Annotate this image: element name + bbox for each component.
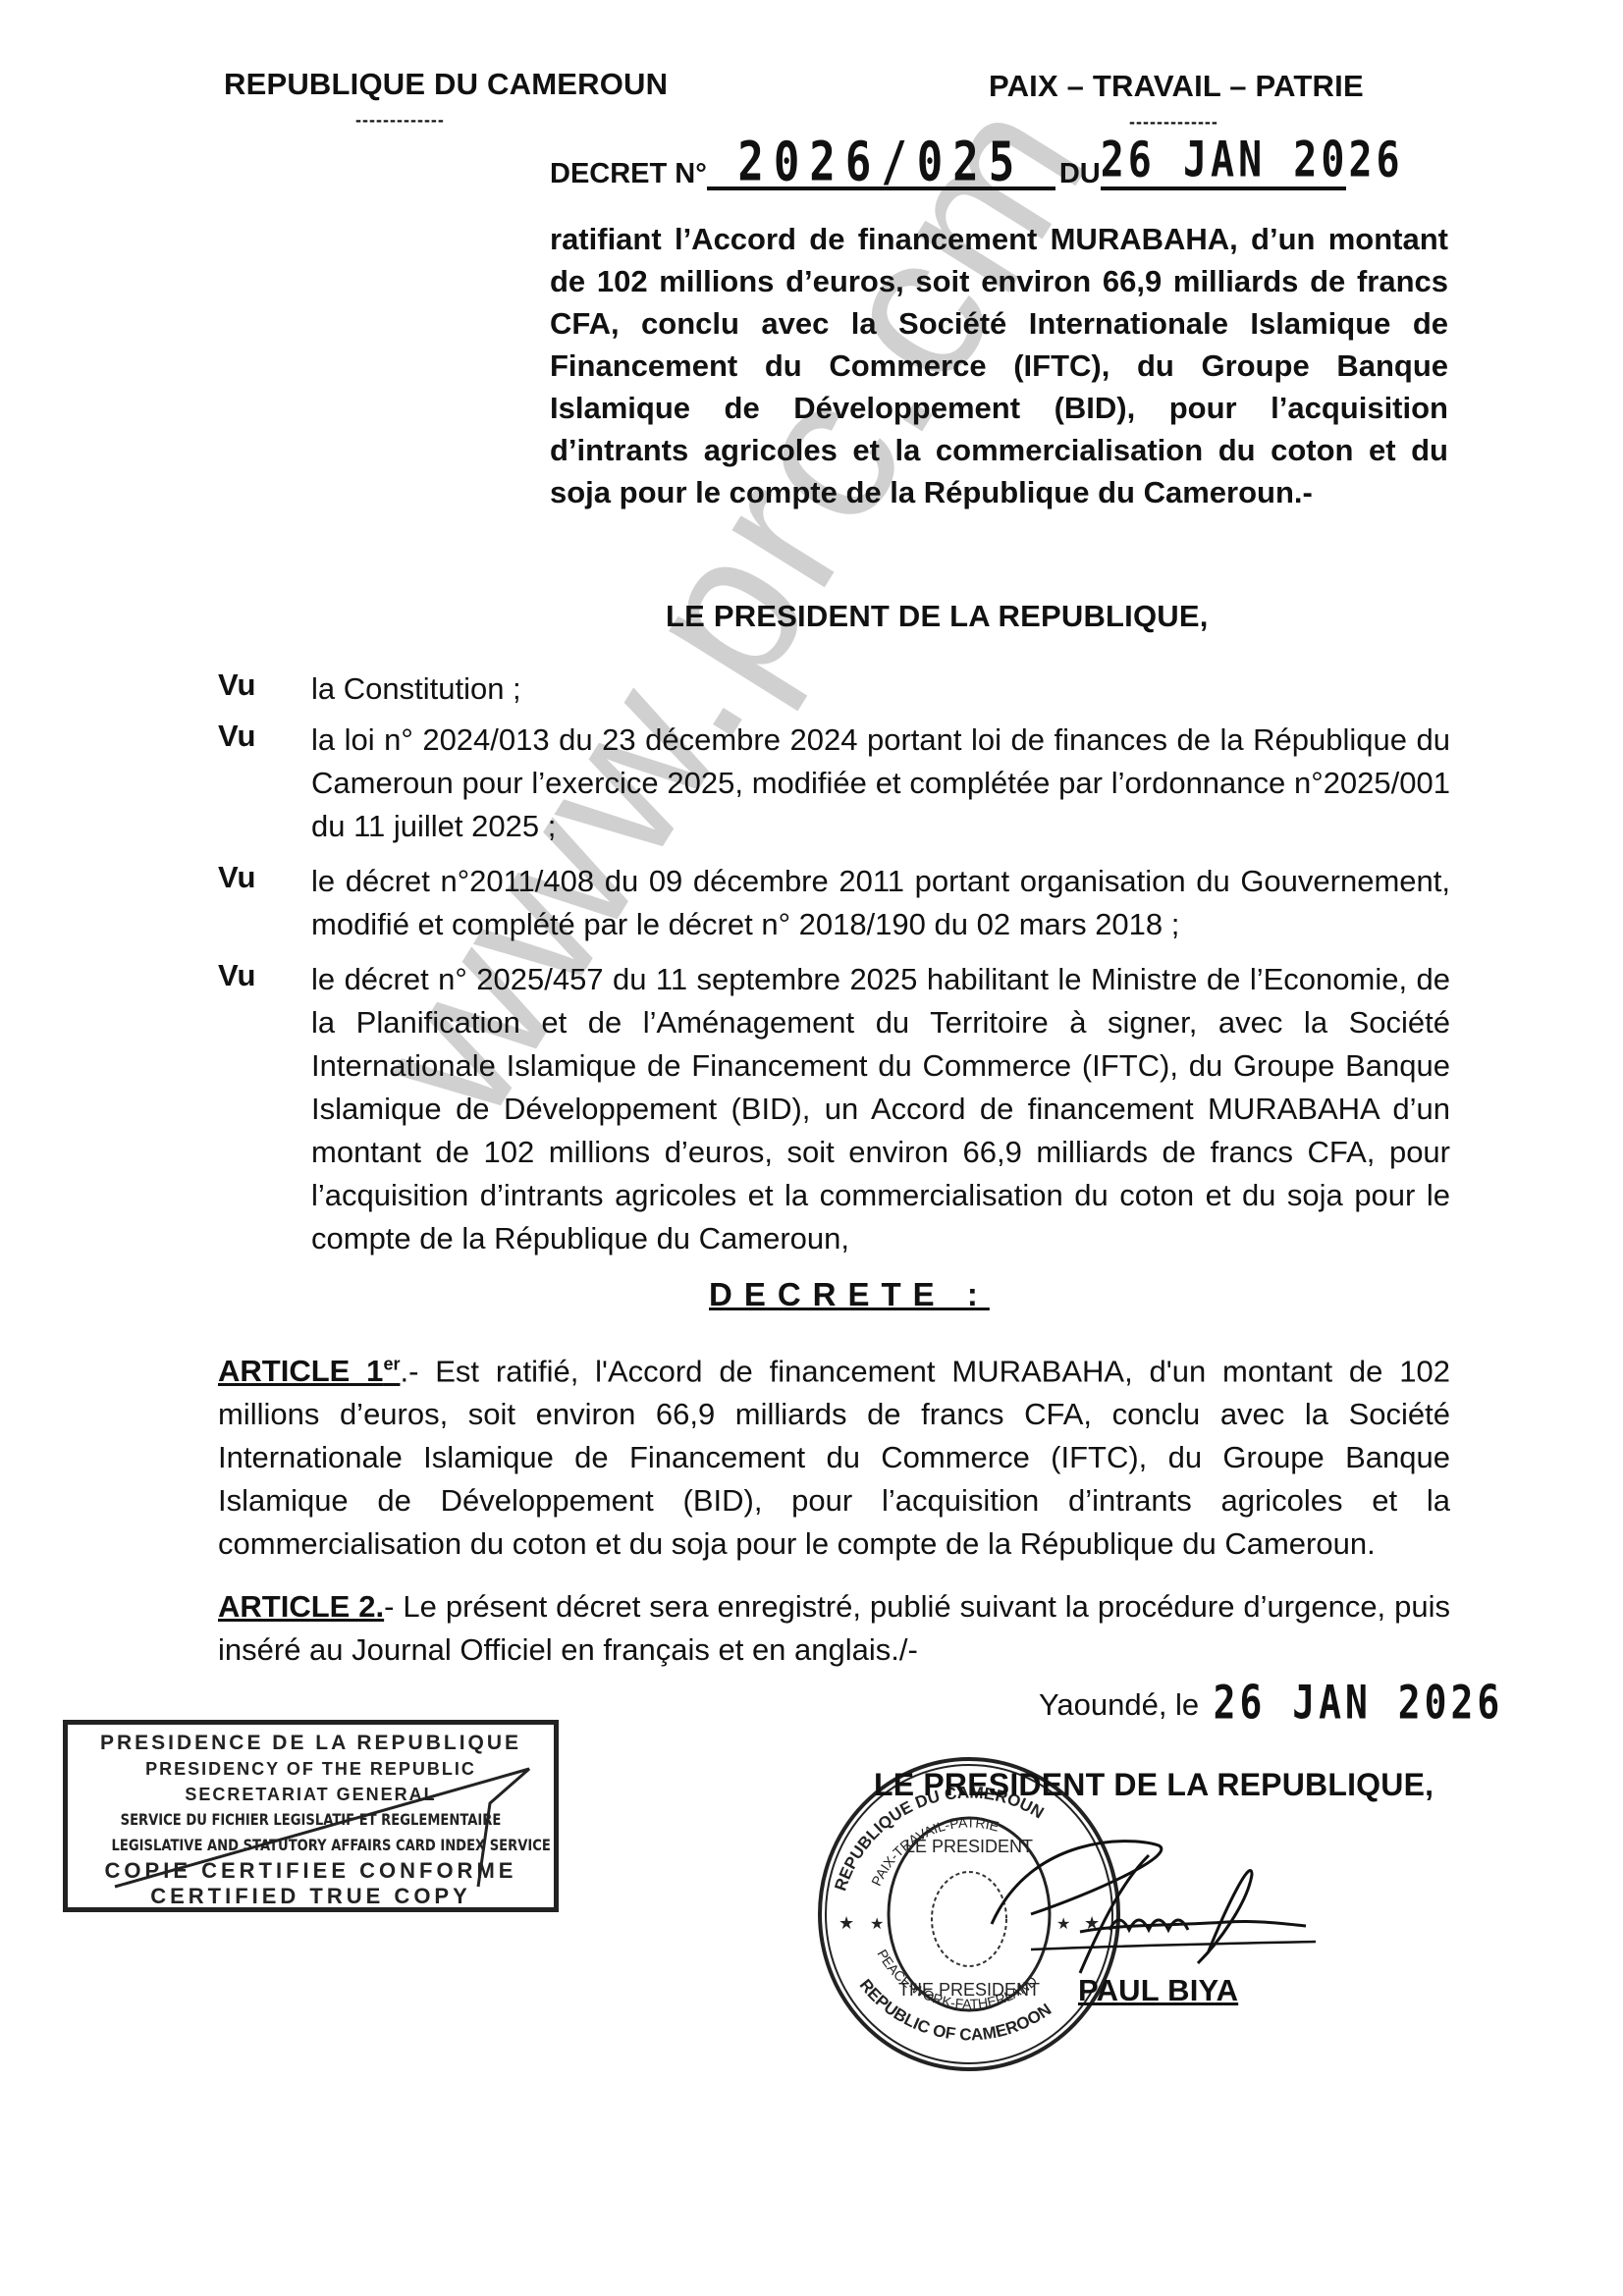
vu-label: Vu: [218, 667, 311, 711]
vu-item-constitution: Vu la Constitution ;: [218, 667, 1450, 711]
vu-label: Vu: [218, 719, 311, 848]
president-heading: LE PRESIDENT DE LA REPUBLIQUE,: [666, 599, 1209, 634]
vu-label: Vu: [218, 860, 311, 946]
vu-text: le décret n° 2025/457 du 11 septembre 20…: [311, 958, 1450, 1260]
decree-date-stamp: 26 JAN 2026: [1101, 132, 1404, 188]
header-left-divider: -------------: [355, 110, 445, 131]
vu-item-government-decree: Vu le décret n°2011/408 du 09 décembre 2…: [218, 860, 1450, 946]
article-2-label: ARTICLE 2.: [218, 1589, 384, 1624]
signatory-name: PAUL BIYA: [1078, 1973, 1238, 2008]
article-1-label: ARTICLE 1er: [218, 1354, 400, 1388]
decree-date-field: 26 JAN 2026: [1101, 137, 1346, 190]
country-name: REPUBLIQUE DU CAMEROUN: [224, 67, 668, 102]
article-2: ARTICLE 2.- Le présent décret sera enreg…: [218, 1585, 1450, 1672]
svg-text:★: ★: [870, 1916, 884, 1933]
vu-text: la loi n° 2024/013 du 23 décembre 2024 p…: [311, 719, 1450, 848]
article-2-suffix: -: [384, 1589, 394, 1624]
signature-date-stamp: 26 JAN 2026: [1214, 1676, 1504, 1730]
signature-icon: [972, 1816, 1384, 1993]
vu-text: la Constitution ;: [311, 667, 1450, 711]
stamp-scribble-icon: [68, 1725, 554, 1907]
svg-text:★: ★: [839, 1913, 854, 1933]
decree-title: ratifiant l’Accord de financement MURABA…: [550, 218, 1448, 513]
vu-text: le décret n°2011/408 du 09 décembre 2011…: [311, 860, 1450, 946]
decree-number-stamp: 2026/025: [737, 132, 1024, 194]
vu-item-finance-law: Vu la loi n° 2024/013 du 23 décembre 202…: [218, 719, 1450, 848]
place-label: Yaoundé, le: [1039, 1687, 1199, 1722]
vu-item-authorization-decree: Vu le décret n° 2025/457 du 11 septembre…: [218, 958, 1450, 1260]
decree-number-line: DECRET N°2026/025DU26 JAN 2026: [550, 137, 1346, 190]
signatory-title: LE PRESIDENT DE LA REPUBLIQUE,: [874, 1767, 1434, 1803]
header-right-divider: -------------: [1129, 112, 1218, 133]
decrete-heading: DECRETE :: [709, 1276, 990, 1313]
article-1: ARTICLE 1er.- Est ratifié, l'Accord de f…: [218, 1343, 1450, 1566]
decree-label: DECRET N°: [550, 158, 707, 189]
national-motto: PAIX – TRAVAIL – PATRIE: [989, 69, 1364, 104]
decree-du-label: DU: [1059, 158, 1101, 189]
article-1-suffix: .-: [400, 1354, 418, 1388]
decree-number-field: 2026/025: [707, 137, 1055, 190]
article-2-text: Le présent décret sera enregistré, publi…: [218, 1589, 1450, 1667]
certified-copy-stamp: PRESIDENCE DE LA REPUBLIQUE PRESIDENCY O…: [63, 1720, 559, 1912]
vu-label: Vu: [218, 958, 311, 1260]
signature-place-date: Yaoundé, le 26 JAN 2026: [1039, 1681, 1503, 1724]
